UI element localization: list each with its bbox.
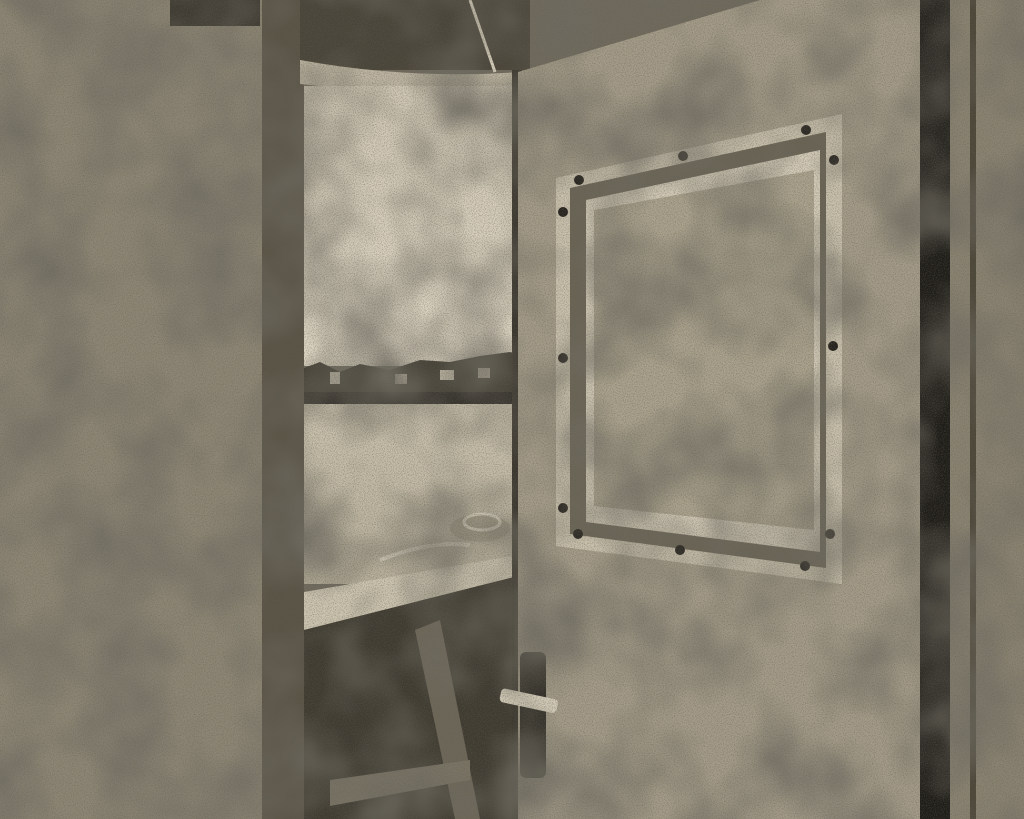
- grain-overlay: [0, 0, 1024, 819]
- photograph: Monochrome sepia-toned photograph lookin…: [0, 0, 1024, 819]
